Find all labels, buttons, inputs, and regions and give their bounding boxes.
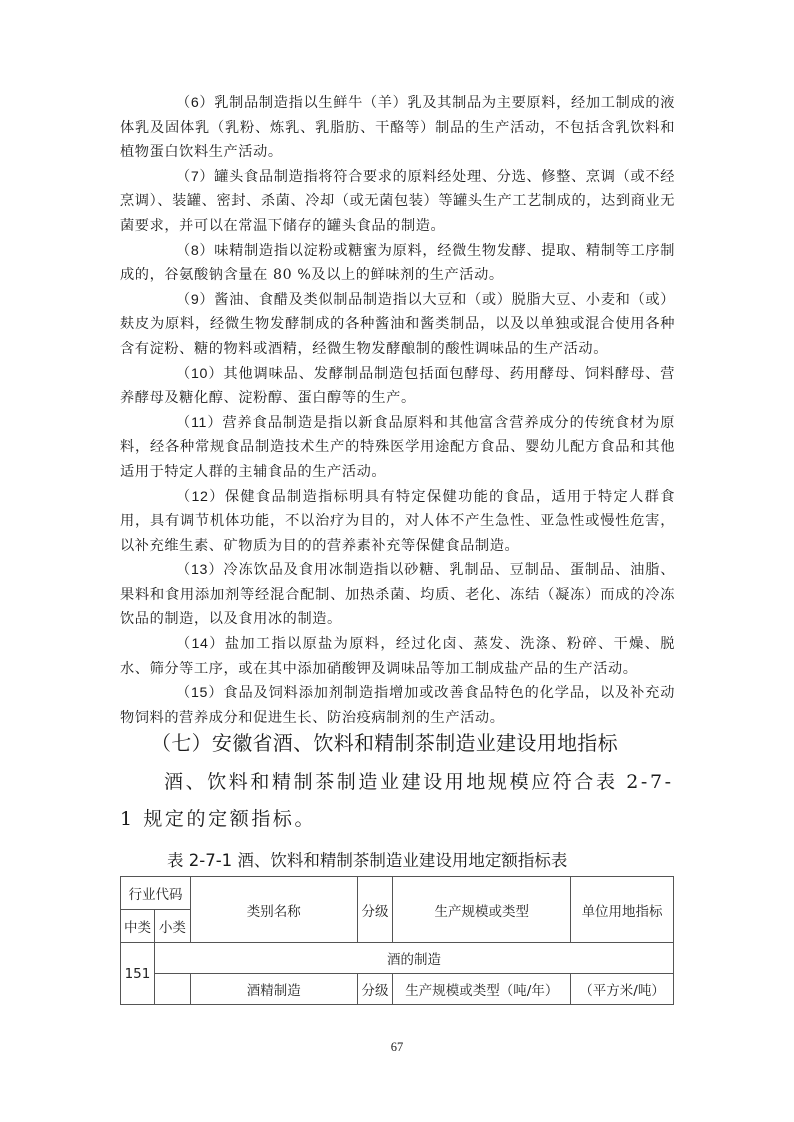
paragraph-11: （11）营养食品制造是指以新食品原料和其他富含营养成分的传统食材为原料，经各种常… — [120, 411, 675, 485]
paragraph-14: （14）盐加工指以原盐为原料，经过化卤、蒸发、洗涤、粉碎、干燥、脱水、筛分等工序… — [120, 632, 675, 681]
paragraph-7: （7）罐头食品制造指将符合要求的原料经处理、分选、修整、烹调（或不经烹调）、装罐… — [120, 165, 675, 239]
cell-small-class — [154, 974, 190, 1005]
cell-unit-indicator: （平方米/吨） — [571, 974, 674, 1005]
paragraph-13: （13）冷冻饮品及食用冰制造指以砂糖、乳制品、豆制品、蛋制品、油脂、果料和食用添… — [120, 558, 675, 632]
section-intro: 酒、饮料和精制茶制造业建设用地规模应符合表 2-7-1 规定的定额指标。 — [120, 764, 676, 838]
land-quota-table: 行业代码 类别名称 分级 生产规模或类型 单位用地指标 中类 小类 151 酒的… — [120, 876, 674, 1005]
table-header-row: 行业代码 类别名称 分级 生产规模或类型 单位用地指标 — [121, 877, 674, 910]
header-small-class: 小类 — [154, 910, 190, 943]
paragraph-9: （9）酱油、食醋及类似制品制造指以大豆和（或）脱脂大豆、小麦和（或）麸皮为原料，… — [120, 288, 675, 362]
body-text: （6）乳制品制造指以生鲜牛（羊）乳及其制品为主要原料，经加工制成的液体乳及固体乳… — [120, 91, 675, 730]
paragraph-6: （6）乳制品制造指以生鲜牛（羊）乳及其制品为主要原料，经加工制成的液体乳及固体乳… — [120, 91, 675, 165]
header-industry-code: 行业代码 — [121, 877, 191, 910]
cell-group-title: 酒的制造 — [154, 943, 673, 974]
page-number: 67 — [0, 1040, 794, 1055]
table-row: 酒精制造 分级 生产规模或类型（吨/年） （平方米/吨） — [121, 974, 674, 1005]
header-category-name: 类别名称 — [190, 877, 357, 943]
paragraph-15: （15）食品及饲料添加剂制造指增加或改善食品特色的化学品，以及补充动物饲料的营养… — [120, 681, 675, 730]
header-middle-class: 中类 — [121, 910, 155, 943]
table-row: 151 酒的制造 — [121, 943, 674, 974]
paragraph-8: （8）味精制造指以淀粉或糖蜜为原料，经微生物发酵、提取、精制等工序制成的，谷氨酸… — [120, 239, 675, 288]
table-caption: 表 2-7-1 酒、饮料和精制茶制造业建设用地定额指标表 — [167, 847, 567, 871]
cell-middle-class: 151 — [121, 943, 155, 1005]
header-grade: 分级 — [357, 877, 393, 943]
cell-scale-or-type: 生产规模或类型（吨/年） — [393, 974, 571, 1005]
section-heading: （七）安徽省酒、饮料和精制茶制造业建设用地指标 — [151, 727, 618, 756]
header-unit-indicator: 单位用地指标 — [571, 877, 674, 943]
cell-grade: 分级 — [357, 974, 393, 1005]
cell-category-name: 酒精制造 — [190, 974, 357, 1005]
paragraph-12: （12）保健食品制造指标明具有特定保健功能的食品，适用于特定人群食用，具有调节机… — [120, 485, 675, 559]
paragraph-10: （10）其他调味品、发酵制品制造包括面包酵母、药用酵母、饲料酵母、营养酵母及糖化… — [120, 362, 675, 411]
header-scale-or-type: 生产规模或类型 — [393, 877, 571, 943]
